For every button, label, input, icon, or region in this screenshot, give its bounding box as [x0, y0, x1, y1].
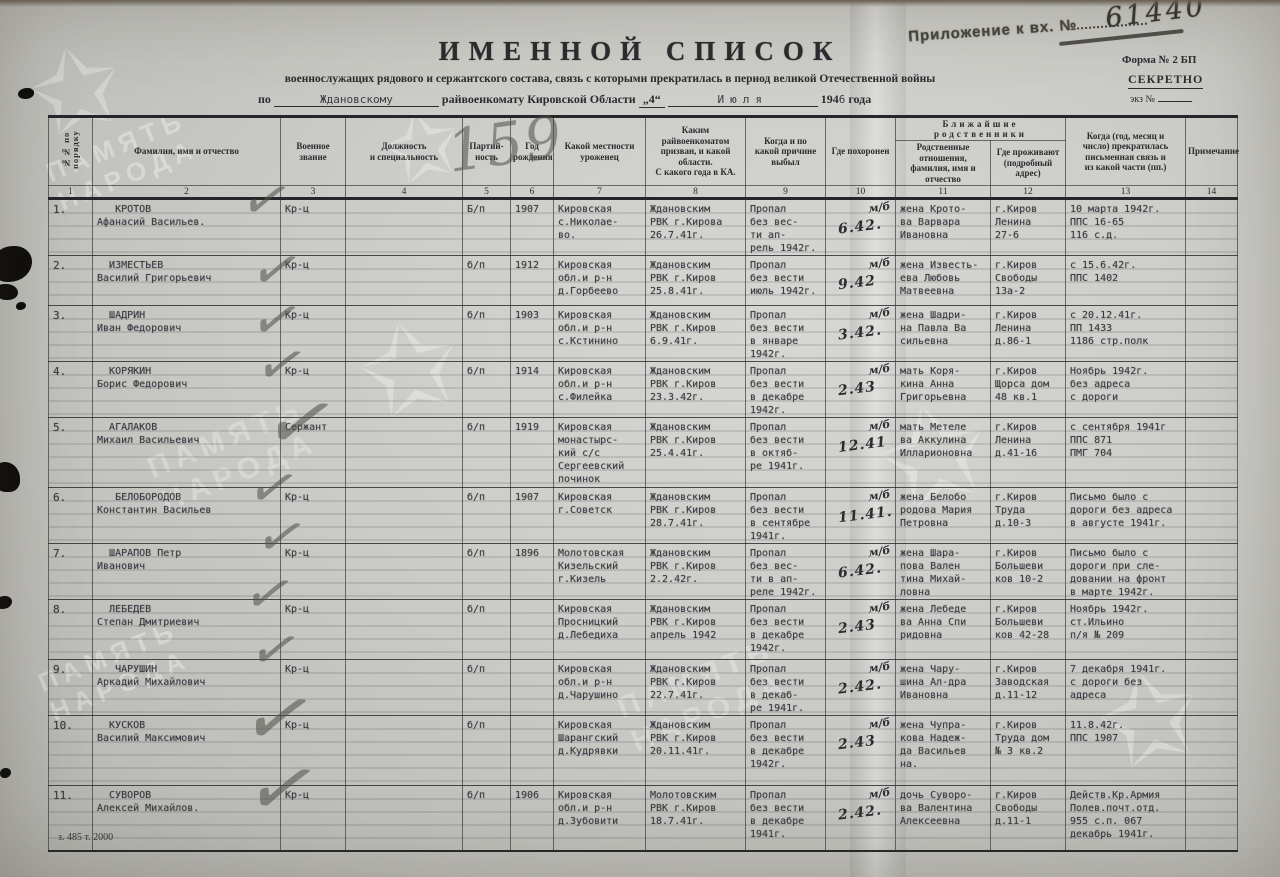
cell-note [1186, 362, 1238, 418]
cell-text: Ждановским РВК г.Киров 22.7.41г. [650, 663, 742, 702]
cell-text: Кировская с.Николае- во. [558, 203, 642, 242]
year-word: года [848, 92, 871, 106]
cell-text: 1907 [515, 491, 550, 504]
col-number: 2 [93, 186, 281, 199]
cell-birth-year: 1914 [511, 362, 554, 418]
cell-text: Пропал без вести в декабре 1941г. [750, 789, 822, 841]
col-number: 8 [646, 186, 746, 199]
col-header-burial-place: Где похоронен [826, 117, 896, 186]
table-row: 5. АГАЛАКОВ Михаил Васильевич Сержант б/… [49, 418, 1238, 488]
cell-party: б/п [463, 362, 511, 418]
handwritten-mark: м/б [867, 256, 891, 272]
handwritten-mark: м/б [867, 786, 891, 802]
paper-top-edge [0, 0, 1280, 7]
cell-text: Молотовским РВК г.Киров 18.7.41г. [650, 789, 742, 828]
cell-duty [346, 660, 463, 716]
cell-address: г.Киров Ленина д.86-1 [991, 306, 1066, 362]
cell-text: ЛЕБЕДЕВ Степан Дмитриевич [97, 603, 277, 629]
cell-ordinal: 9. [49, 660, 93, 716]
cell-text: Кр-ц [285, 259, 342, 272]
cell-loss-reason: Пропал без вести в сентябре 1941г. [746, 488, 826, 544]
torn-hole [16, 302, 26, 310]
cell-text: б/п [467, 259, 507, 272]
cell-text: 1912 [515, 259, 550, 272]
handwritten-date: 2.42. [837, 802, 883, 823]
cell-name: АГАЛАКОВ Михаил Васильевич [93, 418, 281, 488]
cell-text: Пропал без вес- ти ап- рель 1942г. [750, 203, 822, 255]
col-header-relation: Родственные отношения, фамилия, имя и от… [896, 141, 991, 186]
cell-text: 2. [53, 259, 89, 272]
cell-rank: Кр-ц [281, 716, 346, 786]
cell-enlisted-by: Ждановским РВК г.Киров апрель 1942 [646, 600, 746, 660]
cell-text: Ждановским РВК г.Киров апрель 1942 [650, 603, 742, 642]
cell-text: дочь Суворо- ва Валентина Алексеевна [900, 789, 987, 828]
cell-text: 7 декабря 1941г. с дороги без адреса [1070, 663, 1182, 702]
cell-party: б/п [463, 306, 511, 362]
cell-text: б/п [467, 491, 507, 504]
cell-burial-place: м/б 2.43 [826, 600, 896, 660]
cell-text: 9. [53, 663, 89, 676]
cell-text: г.Киров Свободы д.11-1 [995, 789, 1062, 828]
cell-address: г.Киров Большеви ков 42-28 [991, 600, 1066, 660]
cell-text: г.Киров Ленина д.86-1 [995, 309, 1062, 348]
print-order-note: з. 485 т. 2000 [58, 832, 113, 843]
cell-name: БЕЛОБОРОДОВ Константин Васильев [93, 488, 281, 544]
cell-text: Кировская обл.и р-н д.Горбеево [558, 259, 642, 298]
cell-text: Ждановским РВК г.Киров 23.3.42г. [650, 365, 742, 404]
cell-relative: жена Чупра- кова Надеж- да Васильев на. [896, 716, 991, 786]
col-header-ordinal: №№ по порядку [49, 117, 93, 186]
handwritten-mark: м/б [867, 200, 891, 216]
cell-birth-year: 1907 [511, 488, 554, 544]
table-row: 2. ИЗМЕСТЬЕВ Василий Григорьевич Кр-ц б/… [49, 256, 1238, 306]
cell-text: Кировская обл.и р-н д.Чарушино [558, 663, 642, 702]
torn-hole [0, 462, 20, 492]
table-row: 1. КРОТОВ Афанасий Васильев. Кр-ц Б/п 19… [49, 199, 1238, 256]
cell-duty [346, 418, 463, 488]
cell-duty [346, 544, 463, 600]
handwritten-date: 2.43 [837, 733, 877, 754]
cell-note [1186, 306, 1238, 362]
col-header-rank: Военное звание [281, 117, 346, 186]
handwritten-date: 11.41. [837, 504, 893, 527]
cell-origin: Кировская Шарангский д.Кудрявки [554, 716, 646, 786]
cell-name: ШАРАПОВ Петр Иванович [93, 544, 281, 600]
cell-text: Кр-ц [285, 789, 342, 802]
cell-rank: Кр-ц [281, 199, 346, 256]
cell-relative: жена Белобо родова Мария Петровна [896, 488, 991, 544]
cell-party: б/п [463, 418, 511, 488]
cell-burial-place: м/б 9.42 [826, 256, 896, 306]
cell-loss-reason: Пропал без вести в октяб- ре 1941г. [746, 418, 826, 488]
cell-name: ЧАРУШИН Аркадий Михайлович [93, 660, 281, 716]
cell-rank: Кр-ц [281, 660, 346, 716]
cell-origin: Кировская обл.и р-н с.Кстинино [554, 306, 646, 362]
cell-text: жена Крото- ва Варвара Ивановна [900, 203, 987, 242]
cell-origin: Кировская обл.и р-н д.Горбеево [554, 256, 646, 306]
handwritten-mark: м/б [867, 600, 891, 616]
cell-party: б/п [463, 544, 511, 600]
cell-rank: Кр-ц [281, 544, 346, 600]
cell-name: ШАДРИН Иван Федорович [93, 306, 281, 362]
cell-birth-year: 1896 [511, 544, 554, 600]
cell-duty [346, 786, 463, 851]
cell-burial-place: м/б 6.42. [826, 199, 896, 256]
cell-text: Кр-ц [285, 365, 342, 378]
torn-hole [0, 246, 32, 282]
cell-text: жена Шадри- на Павла Ва сильевна [900, 309, 987, 348]
col-number: 4 [346, 186, 463, 199]
cell-text: б/п [467, 603, 507, 616]
cell-address: г.Киров Заводская д.11-12 [991, 660, 1066, 716]
page-subtitle: военнослужащих рядового и сержантского с… [80, 73, 1140, 85]
cell-enlisted-by: Молотовским РВК г.Киров 18.7.41г. [646, 786, 746, 851]
cell-loss-reason: Пропал без вести в декабре 1941г. [746, 786, 826, 851]
cell-last-contact: с 20.12.41г. ПП 1433 1186 стр.полк [1066, 306, 1186, 362]
cell-birth-year: 1912 [511, 256, 554, 306]
cell-note [1186, 786, 1238, 851]
cell-origin: Кировская обл.и р-н д.Чарушино [554, 660, 646, 716]
cell-text: с 20.12.41г. ПП 1433 1186 стр.полк [1070, 309, 1182, 348]
cell-text: Кировская Просницкий д.Лебедиха [558, 603, 642, 642]
cell-text: г.Киров Свободы 13а-2 [995, 259, 1062, 298]
cell-text: ШАРАПОВ Петр Иванович [97, 547, 277, 573]
cell-relative: жена Крото- ва Варвара Ивановна [896, 199, 991, 256]
cell-loss-reason: Пропал без вес- ти ап- рель 1942г. [746, 199, 826, 256]
cell-text: Письмо было с дороги без адреса в август… [1070, 491, 1182, 530]
cell-party: б/п [463, 716, 511, 786]
cell-address: г.Киров Свободы д.11-1 [991, 786, 1066, 851]
handwritten-date: 6.42. [837, 216, 883, 237]
cell-enlisted-by: Ждановским РВК г.Киров 28.7.41г. [646, 488, 746, 544]
cell-enlisted-by: Ждановским РВК г.Киров 20.11.41г. [646, 716, 746, 786]
torn-hole [18, 88, 34, 99]
page-title: ИМЕННОЙ СПИСОК [140, 36, 1140, 67]
cell-rank: Кр-ц [281, 600, 346, 660]
cell-last-contact: 11.8.42г. ППС 1907 [1066, 716, 1186, 786]
col-header-residence: Где проживают (подробный адрес) [991, 141, 1066, 186]
handwritten-mark: м/б [867, 306, 891, 322]
cell-name: ИЗМЕСТЬЕВ Василий Григорьевич [93, 256, 281, 306]
cell-ordinal: 5. [49, 418, 93, 488]
cell-text: жена Белобо родова Мария Петровна [900, 491, 987, 530]
cell-relative: мать Метеле ва Аккулина Илларионовна [896, 418, 991, 488]
table-row: 6. БЕЛОБОРОДОВ Константин Васильев Кр-ц … [49, 488, 1238, 544]
cell-text: Ждановским РВК г.Киров 25.8.41г. [650, 259, 742, 298]
torn-hole [0, 284, 18, 300]
col-header-note: Примечание [1186, 117, 1238, 186]
cell-address: г.Киров Щорса дом 48 кв.1 [991, 362, 1066, 418]
cell-text: Пропал без вести в декабре 1942г. [750, 719, 822, 771]
cell-last-contact: Письмо было с дороги без адреса в август… [1066, 488, 1186, 544]
cell-ordinal: 3. [49, 306, 93, 362]
cell-text: Кировская Шарангский д.Кудрявки [558, 719, 642, 758]
cell-ordinal: 1. [49, 199, 93, 256]
cell-text: Кр-ц [285, 309, 342, 322]
handwritten-mark: м/б [867, 362, 891, 378]
col-header-birth-year: Год рождения [511, 117, 554, 186]
handwritten-mark: м/б [867, 660, 891, 676]
cell-enlisted-by: Ждановским РВК г.Киров 23.3.42г. [646, 362, 746, 418]
cell-text: Ждановским РВК г.Киров 28.7.41г. [650, 491, 742, 530]
cell-text: КОРЯКИН Борис Федорович [97, 365, 277, 391]
cell-last-contact: Письмо было с дороги при сле- довании на… [1066, 544, 1186, 600]
handwritten-date: 12.41 [837, 434, 887, 456]
cell-text: Молотовская Кизельский г.Кизель [558, 547, 642, 586]
cell-rank: Сержант [281, 418, 346, 488]
col-number: 3 [281, 186, 346, 199]
copy-number-label: экз № [1130, 94, 1192, 105]
cell-text: Кировская г.Советск [558, 491, 642, 517]
cell-note [1186, 199, 1238, 256]
cell-text: б/п [467, 547, 507, 560]
cell-party: б/п [463, 600, 511, 660]
cell-text: г.Киров Ленина 27-6 [995, 203, 1062, 242]
cell-enlisted-by: Ждановским РВК г.Кирова 26.7.41г. [646, 199, 746, 256]
cell-text: Кировская обл.и р-н д.Зубовити [558, 789, 642, 828]
table-row: 8. ЛЕБЕДЕВ Степан Дмитриевич Кр-ц б/п Ки… [49, 600, 1238, 660]
cell-relative: жена Известь- ева Любовь Матвеевна [896, 256, 991, 306]
cell-text: 4. [53, 365, 89, 378]
cell-text: г.Киров Труда д.10-3 [995, 491, 1062, 530]
cell-text: Кр-ц [285, 663, 342, 676]
torn-hole [0, 596, 12, 609]
cell-text: Пропал без вести в сентябре 1941г. [750, 491, 822, 543]
cell-ordinal: 10. [49, 716, 93, 786]
cell-duty [346, 306, 463, 362]
cell-text: 7. [53, 547, 89, 560]
cell-text: АГАЛАКОВ Михаил Васильевич [97, 421, 277, 447]
cell-relative: жена Лебеде ва Анна Спи ридовна [896, 600, 991, 660]
cell-text: б/п [467, 663, 507, 676]
table-body: 1. КРОТОВ Афанасий Васильев. Кр-ц Б/п 19… [49, 199, 1238, 851]
handwritten-date: 6.42. [837, 560, 883, 581]
cell-text: Кр-ц [285, 547, 342, 560]
cell-text: КРОТОВ Афанасий Васильев. [97, 203, 277, 229]
cell-text: г.Киров Большеви ков 42-28 [995, 603, 1062, 642]
cell-birth-year [511, 716, 554, 786]
cell-burial-place: м/б 6.42. [826, 544, 896, 600]
cell-text: 1907 [515, 203, 550, 216]
cell-party: б/п [463, 488, 511, 544]
cell-relative: жена Шадри- на Павла Ва сильевна [896, 306, 991, 362]
cell-burial-place: м/б 2.43 [826, 362, 896, 418]
cell-note [1186, 716, 1238, 786]
handwritten-mark: м/б [867, 488, 891, 504]
cell-loss-reason: Пропал без вес- ти в ап- реле 1942г. [746, 544, 826, 600]
cell-duty [346, 488, 463, 544]
cell-burial-place: м/б 11.41. [826, 488, 896, 544]
col-number: 7 [554, 186, 646, 199]
cell-text: 1906 [515, 789, 550, 802]
col-header-duty: Должность и специальность [346, 117, 463, 186]
district-prefix: по [258, 92, 271, 106]
cell-text: Ждановским РВК г.Киров 20.11.41г. [650, 719, 742, 758]
cell-ordinal: 4. [49, 362, 93, 418]
cell-text: жена Шара- пова Вален тина Михай- ловна [900, 547, 987, 599]
cell-origin: Кировская обл.и р-н д.Зубовити [554, 786, 646, 851]
cell-text: Пропал без вести июль 1942г. [750, 259, 822, 298]
handwritten-date: 2.43 [837, 379, 877, 400]
cell-name: КРОТОВ Афанасий Васильев. [93, 199, 281, 256]
cell-loss-reason: Пропал без вести в декабре 1942г. [746, 600, 826, 660]
cell-birth-year: 1907 [511, 199, 554, 256]
cell-burial-place: м/б 12.41 [826, 418, 896, 488]
handwritten-mark: м/б [867, 716, 891, 732]
cell-party: б/п [463, 256, 511, 306]
cell-duty [346, 716, 463, 786]
col-number: 10 [826, 186, 896, 199]
handwritten-mark: м/б [867, 418, 891, 434]
cell-note [1186, 256, 1238, 306]
cell-last-contact: Ноябрь 1942г. без адреса с дороги [1066, 362, 1186, 418]
copy-blank-line [1158, 101, 1192, 102]
table-row: 7. ШАРАПОВ Петр Иванович Кр-ц б/п 1896 М… [49, 544, 1238, 600]
cell-last-contact: Ноябрь 1942г. ст.Ильино п/я № 209 [1066, 600, 1186, 660]
cell-burial-place: м/б 3.42. [826, 306, 896, 362]
cell-text: 1914 [515, 365, 550, 378]
district-middle: райвоенкомату Кировской Области [442, 92, 636, 106]
cell-last-contact: Действ.Кр.Армия Полев.почт.отд. 955 с.п.… [1066, 786, 1186, 851]
cell-text: мать Коря- кина Анна Григорьевна [900, 365, 987, 404]
cell-origin: Кировская монастырс- кий с/с Сергеевский… [554, 418, 646, 488]
cell-name: ЛЕБЕДЕВ Степан Дмитриевич [93, 600, 281, 660]
cell-text: 10 марта 1942г. ППС 16-65 116 с.д. [1070, 203, 1182, 242]
cell-birth-year: 1919 [511, 418, 554, 488]
cell-text: мать Метеле ва Аккулина Илларионовна [900, 421, 987, 460]
cell-text: жена Чупра- кова Надеж- да Васильев на. [900, 719, 987, 771]
year-printed: 194 [821, 92, 839, 106]
cell-text: Кр-ц [285, 203, 342, 216]
cell-text: СУВОРОВ Алексей Михайлов. [97, 789, 277, 815]
cell-text: б/п [467, 719, 507, 732]
cell-text: 8. [53, 603, 89, 616]
cell-name: КОРЯКИН Борис Федорович [93, 362, 281, 418]
cell-note [1186, 660, 1238, 716]
cell-burial-place: м/б 2.43 [826, 716, 896, 786]
cell-text: с сентября 1941г ППС 871 ПМГ 704 [1070, 421, 1182, 460]
cell-text: Ждановским РВК г.Кирова 26.7.41г. [650, 203, 742, 242]
handwritten-date: 2.42. [837, 676, 883, 697]
cell-address: г.Киров Большеви ков 10-2 [991, 544, 1066, 600]
cell-address: г.Киров Свободы 13а-2 [991, 256, 1066, 306]
cell-loss-reason: Пропал без вести в декаб- ре 1941г. [746, 660, 826, 716]
cell-loss-reason: Пропал без вести в декабре 1942г. [746, 362, 826, 418]
cell-text: Действ.Кр.Армия Полев.почт.отд. 955 с.п.… [1070, 789, 1182, 841]
cell-ordinal: 2. [49, 256, 93, 306]
cell-text: Кр-ц [285, 603, 342, 616]
cell-loss-reason: Пропал без вести в декабре 1942г. [746, 716, 826, 786]
cell-birth-year: 1906 [511, 786, 554, 851]
cell-rank: Кр-ц [281, 786, 346, 851]
cell-loss-reason: Пропал без вести июль 1942г. [746, 256, 826, 306]
handwritten-date: 2.43 [837, 617, 877, 638]
table-row: 10. КУСКОВ Василий Максимович Кр-ц б/п К… [49, 716, 1238, 786]
cell-enlisted-by: Ждановским РВК г.Киров 2.2.42г. [646, 544, 746, 600]
cell-rank: Кр-ц [281, 306, 346, 362]
col-group-relatives: Ближайшие родственники [896, 117, 1066, 141]
cell-note [1186, 418, 1238, 488]
column-numbers-row: 1 2 3 4 5 6 7 8 9 10 11 12 13 14 [49, 186, 1238, 199]
col-header-ordinal-text: №№ по порядку [62, 124, 80, 176]
cell-party: б/п [463, 660, 511, 716]
col-header-party: Партий- ность [463, 117, 511, 186]
cell-text: г.Киров Большеви ков 10-2 [995, 547, 1062, 586]
cell-text: Кировская обл.и р-н с.Филейка [558, 365, 642, 404]
cell-duty [346, 256, 463, 306]
table-row: 3. ШАДРИН Иван Федорович Кр-ц б/п 1903 К… [49, 306, 1238, 362]
cell-text: Пропал без вести в январе 1942г. [750, 309, 822, 361]
col-number: 13 [1066, 186, 1186, 199]
table-row: 9. ЧАРУШИН Аркадий Михайлович Кр-ц б/п К… [49, 660, 1238, 716]
cell-birth-year [511, 660, 554, 716]
cell-rank: Кр-ц [281, 488, 346, 544]
cell-relative: мать Коря- кина Анна Григорьевна [896, 362, 991, 418]
copy-label-text: экз № [1130, 94, 1155, 105]
cell-text: 1903 [515, 309, 550, 322]
cell-relative: жена Шара- пова Вален тина Михай- ловна [896, 544, 991, 600]
handwritten-date: 9.42 [837, 273, 877, 294]
cell-text: с 15.6.42г. ППС 1402 [1070, 259, 1182, 285]
cell-text: г.Киров Щорса дом 48 кв.1 [995, 365, 1062, 404]
district-name: Ждановскому [274, 93, 439, 107]
date-day: „4“ [639, 92, 665, 108]
cell-text: 1. [53, 203, 89, 216]
cell-text: Ноябрь 1942г. ст.Ильино п/я № 209 [1070, 603, 1182, 642]
cell-text: г.Киров Заводская д.11-12 [995, 663, 1062, 702]
col-number: 11 [896, 186, 991, 199]
cell-note [1186, 600, 1238, 660]
table-row: 11. СУВОРОВ Алексей Михайлов. Кр-ц б/п 1… [49, 786, 1238, 851]
cell-address: г.Киров Ленина д.41-16 [991, 418, 1066, 488]
cell-note [1186, 488, 1238, 544]
cell-rank: Кр-ц [281, 256, 346, 306]
cell-note [1186, 544, 1238, 600]
cell-enlisted-by: Ждановским РВК г.Киров 22.7.41г. [646, 660, 746, 716]
cell-birth-year: 1903 [511, 306, 554, 362]
cell-enlisted-by: Ждановским РВК г.Киров 25.4.41г. [646, 418, 746, 488]
cell-last-contact: с сентября 1941г ППС 871 ПМГ 704 [1066, 418, 1186, 488]
cell-text: Пропал без вести в октяб- ре 1941г. [750, 421, 822, 473]
cell-text: Кировская монастырс- кий с/с Сергеевский… [558, 421, 642, 486]
cell-last-contact: 7 декабря 1941г. с дороги без адреса [1066, 660, 1186, 716]
cell-rank: Кр-ц [281, 362, 346, 418]
cell-enlisted-by: Ждановским РВК г.Киров 6.9.41г. [646, 306, 746, 362]
cell-text: г.Киров Ленина д.41-16 [995, 421, 1062, 460]
cell-text: б/п [467, 789, 507, 802]
cell-address: г.Киров Труда д.10-3 [991, 488, 1066, 544]
cell-text: 11.8.42г. ППС 1907 [1070, 719, 1182, 745]
cell-name: СУВОРОВ Алексей Михайлов. [93, 786, 281, 851]
cell-text: КУСКОВ Василий Максимович [97, 719, 277, 745]
cell-loss-reason: Пропал без вести в январе 1942г. [746, 306, 826, 362]
cell-text: 10. [53, 719, 89, 732]
cell-origin: Кировская г.Советск [554, 488, 646, 544]
cell-address: г.Киров Ленина 27-6 [991, 199, 1066, 256]
cell-text: Пропал без вести в декабре 1942г. [750, 365, 822, 417]
cell-text: Ждановским РВК г.Киров 25.4.41г. [650, 421, 742, 460]
stamp-handwritten-number: 61440 [1104, 0, 1208, 34]
cell-text: Кировская обл.и р-н с.Кстинино [558, 309, 642, 348]
cell-text: Кр-ц [285, 491, 342, 504]
cell-last-contact: с 15.6.42г. ППС 1402 [1066, 256, 1186, 306]
cell-text: б/п [467, 421, 507, 434]
date-month: Июля [668, 93, 818, 107]
col-header-name: Фамилия, имя и отчество [93, 117, 281, 186]
cell-text: ЧАРУШИН Аркадий Михайлович [97, 663, 277, 689]
cell-text: Ждановским РВК г.Киров 2.2.42г. [650, 547, 742, 586]
torn-hole [0, 768, 11, 778]
